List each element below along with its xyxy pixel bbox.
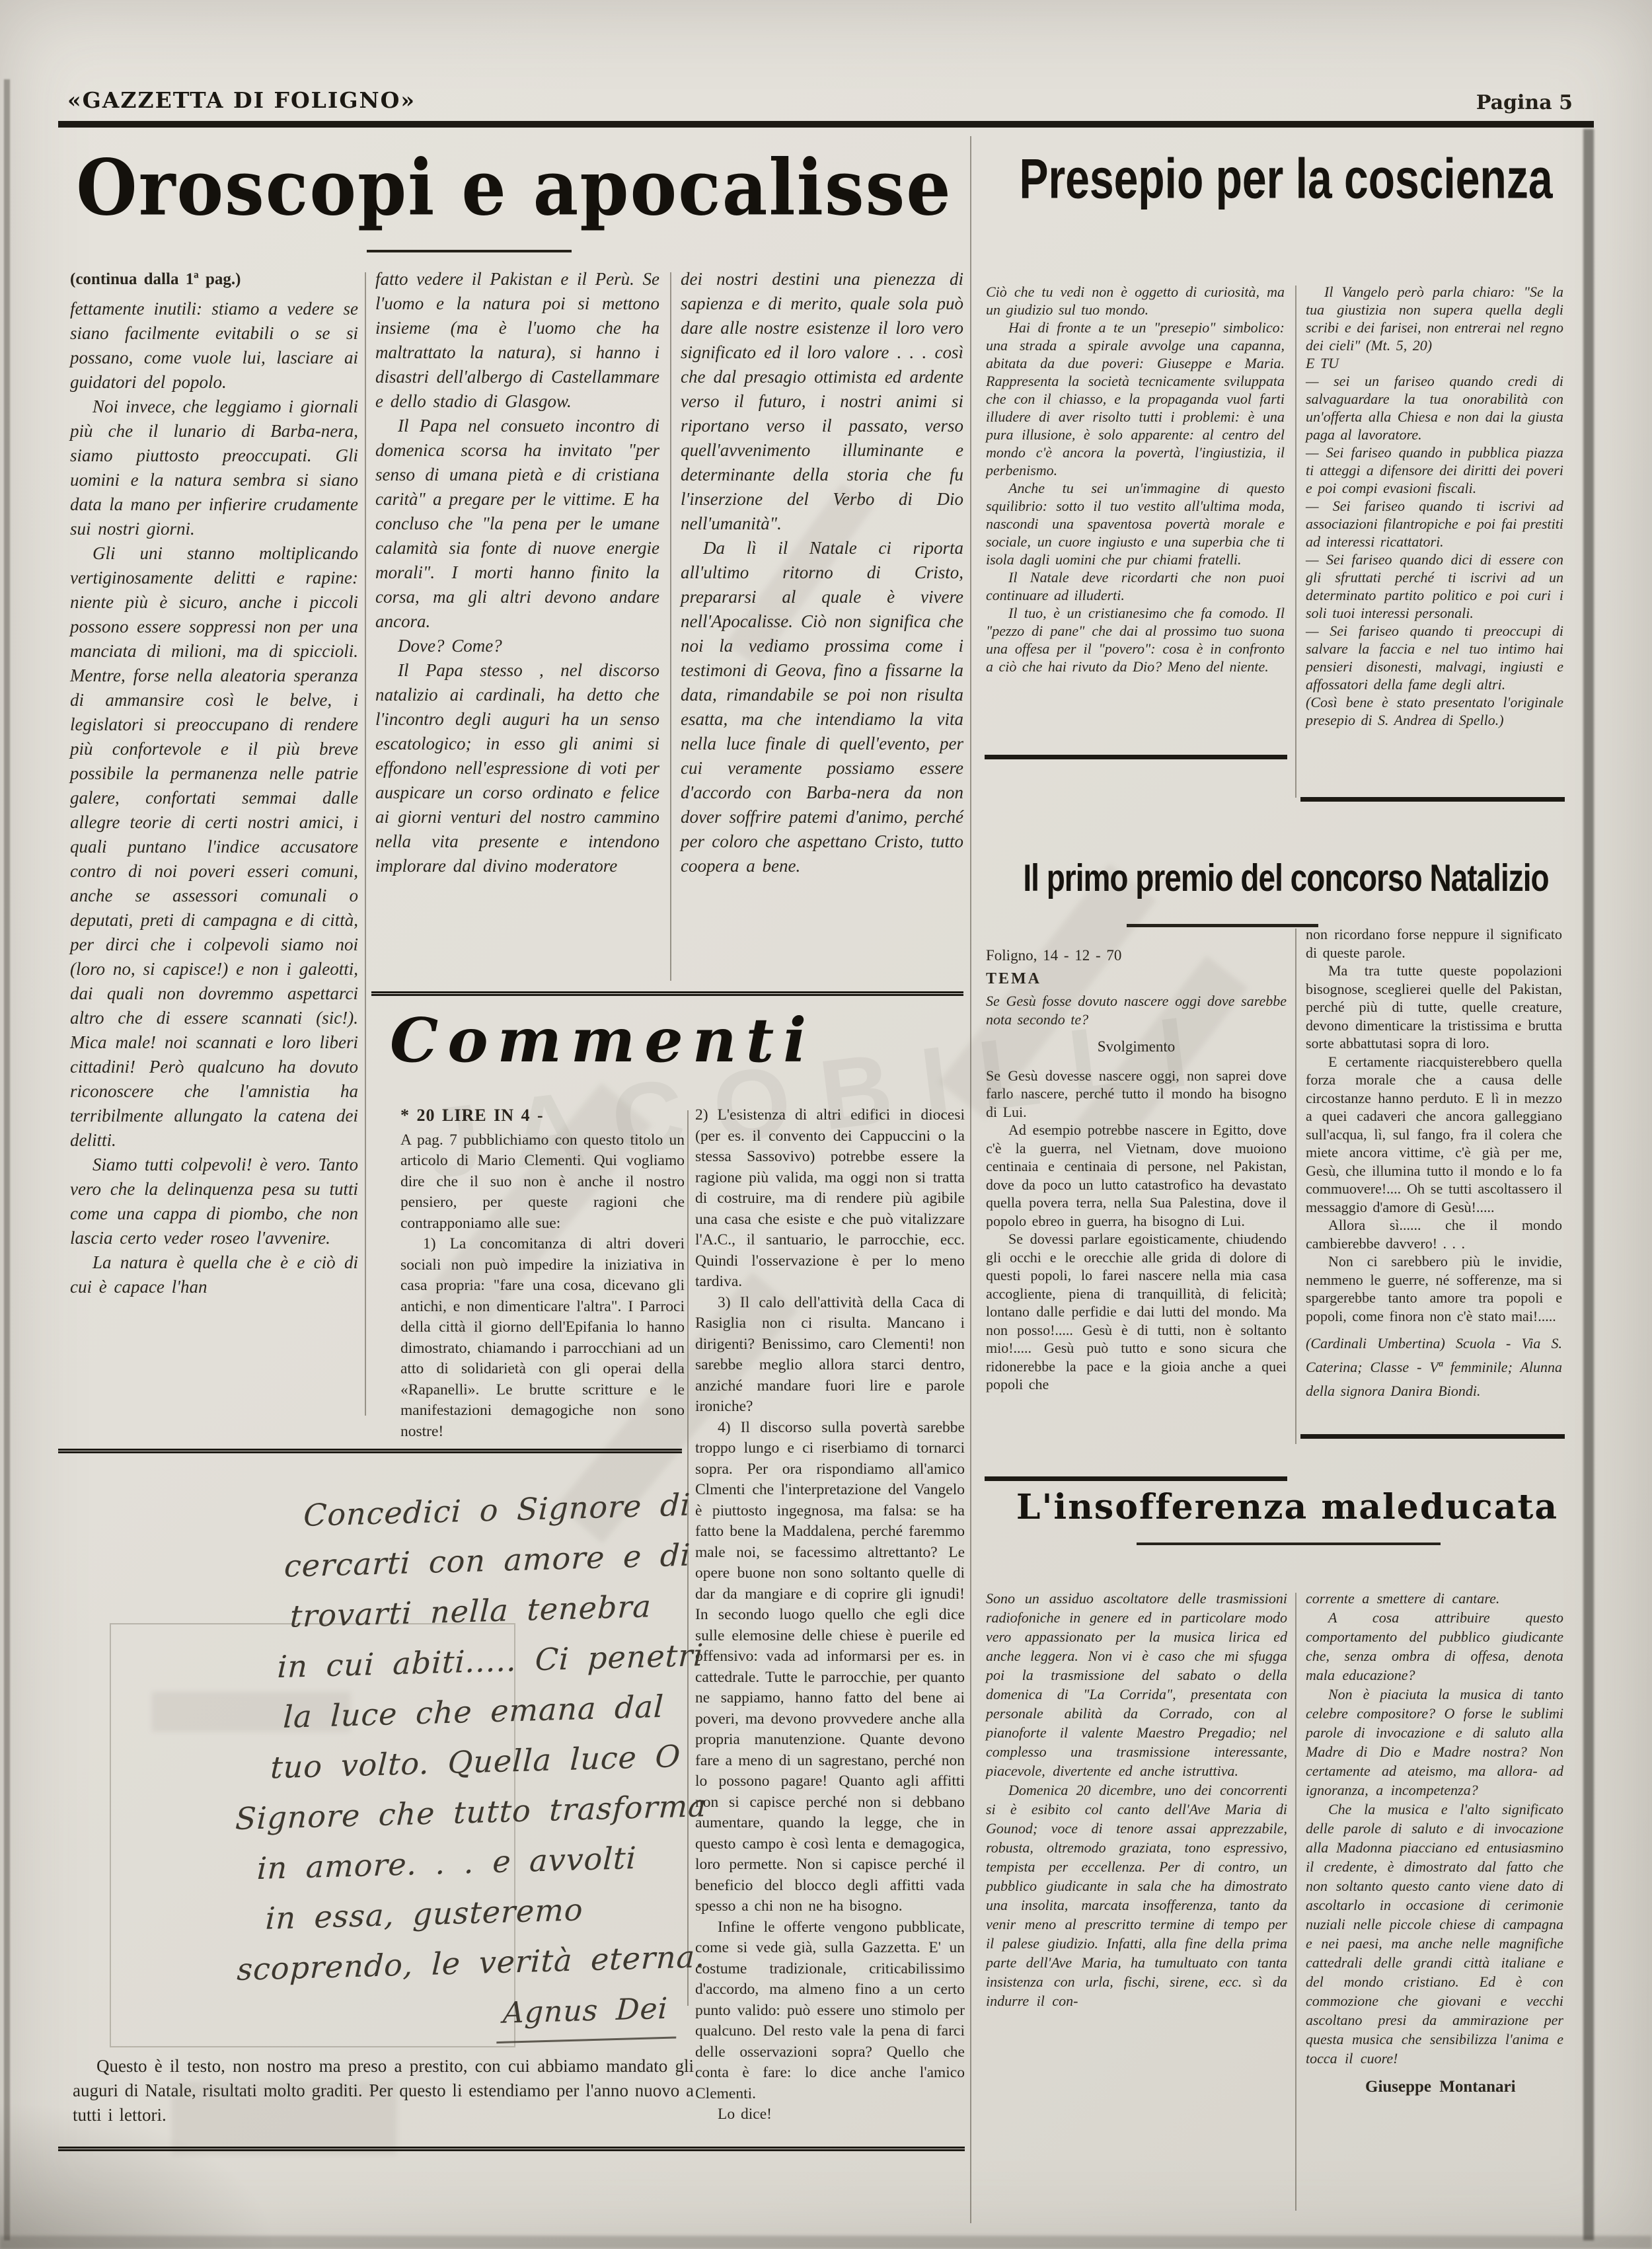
- commenti-paragraph: 1) La concomitanza di altri doveri socia…: [400, 1234, 685, 1442]
- commenti-paragraph: 2) L'esistenza di altri edifici in dioce…: [695, 1105, 965, 1293]
- presepio-paragraph: — Sei fariseo quando ti iscrivi ad assoc…: [1306, 497, 1563, 551]
- presepio-paragraph: — sei un fariseo quando credi di salvagu…: [1306, 372, 1563, 443]
- presepio-paragraph: — Sei fariseo quando in pubblica piazza …: [1306, 443, 1563, 497]
- insofferenza-paragraph: Che la musica e l'alto significato delle…: [1306, 1800, 1563, 2068]
- commenti-paragraph: 4) Il discorso sulla povertà sarebbe tro…: [695, 1418, 965, 1917]
- scan-right-edge: [1583, 129, 1594, 2240]
- newspaper-page: JACOBILLI «GAZZETTA DI FOLIGNO» Pagina 5…: [0, 0, 1652, 2249]
- presepio-paragraph: — Sei fariseo quando ti preoccupi di sal…: [1306, 622, 1563, 693]
- concorso-paragraph: Se dovessi parlare egoisticamente, chiud…: [986, 1230, 1287, 1394]
- oroscopi-paragraph: Dove? Come?: [375, 634, 659, 658]
- continuation-note: (continua dalla 1ª pag.): [70, 267, 358, 291]
- oroscopi-column-3: dei nostri destini una pienezza di sapie…: [681, 267, 963, 878]
- oroscopi-col3-text: dei nostri destini una pienezza di sapie…: [681, 267, 963, 878]
- handwritten-lines: Concedici o Signore dicercarti con amore…: [199, 1479, 704, 1996]
- concorso-headline-underline: [1127, 924, 1318, 927]
- presepio-col1-text: Ciò che tu vedi non è oggetto di curiosi…: [986, 283, 1285, 675]
- presepio-paragraph: Anche tu sei un'immagine di questo squil…: [986, 479, 1285, 568]
- presepio-paragraph: Ciò che tu vedi non è oggetto di curiosi…: [986, 283, 1285, 319]
- oroscopi-headline: Oroscopi e apocalisse: [63, 145, 965, 230]
- presepio-paragraph: — Sei fariseo quando dici di essere con …: [1306, 551, 1563, 622]
- commenti-column-2: 2) L'esistenza di altri edifici in dioce…: [695, 1105, 965, 2125]
- column-rule: [1295, 929, 1296, 1444]
- insofferenza-column-1: Sono un assiduo ascoltatore delle trasmi…: [986, 1589, 1287, 2010]
- insofferenza-paragraph: Non è piaciuta la musica di tanto celebr…: [1306, 1685, 1563, 1800]
- commenti-headline: Commenti: [390, 1005, 760, 1076]
- concorso-bottom-rule-right: [1300, 1434, 1565, 1439]
- insofferenza-paragraph: Sono un assiduo ascoltatore delle trasmi…: [986, 1589, 1287, 1780]
- concorso-col1-text: Se Gesù dovesse nascere oggi, non saprei…: [986, 1067, 1287, 1394]
- presepio-column-2: Il Vangelo però parla chiaro: "Se la tua…: [1306, 283, 1563, 729]
- section-divider-rule: [970, 136, 971, 2223]
- insofferenza-headline: L'insofferenza maleducata: [986, 1487, 1589, 1527]
- concorso-bottom-rule-left: [985, 1476, 1287, 1481]
- concorso-attribution: (Cardinali Umbertina) Scuola - Via S. Ca…: [1306, 1332, 1562, 1403]
- concorso-paragraph: Non ci sarebbero più le invidie, nemmeno…: [1306, 1252, 1562, 1325]
- concorso-paragraph: non ricordano forse neppure il significa…: [1306, 925, 1562, 962]
- masthead-rule: [58, 121, 1594, 128]
- oroscopi-paragraph: fettamente inutili: stiamo a vedere se s…: [70, 297, 358, 395]
- page-number: Pagina 5: [1408, 91, 1573, 114]
- masthead-title: «GAZZETTA DI FOLIGNO»: [67, 87, 416, 113]
- oroscopi-paragraph: Il Papa stesso , nel discorso natalizio …: [375, 658, 659, 878]
- concorso-column-2: non ricordano forse neppure il significa…: [1306, 925, 1562, 1403]
- column-rule: [670, 272, 671, 981]
- commenti-col1-text: A pag. 7 pubblichiamo con questo titolo …: [400, 1130, 685, 1443]
- commenti-paragraph: Infine le offerte vengono pubblicate, co…: [695, 1917, 965, 2105]
- concorso-dateline: Foligno, 14 - 12 - 70: [986, 946, 1287, 965]
- insofferenza-paragraph: A cosa attribuire questo comportamento d…: [1306, 1608, 1563, 1685]
- concorso-tema: Se Gesù fosse dovuto nascere oggi dove s…: [986, 992, 1287, 1028]
- commenti-paragraph: Lo dice!: [695, 2104, 965, 2125]
- oroscopi-col1-text: fettamente inutili: stiamo a vedere se s…: [70, 297, 358, 1299]
- presepio-paragraph: Il tuo, è un cristianesimo che fa comodo…: [986, 604, 1285, 675]
- oroscopi-column-2: fatto vedere il Pakistan e il Perù. Se l…: [375, 267, 659, 878]
- presepio-col2-text: Il Vangelo però parla chiaro: "Se la tua…: [1306, 283, 1563, 729]
- concorso-paragraph: E certamente riacquisterebbero quella fo…: [1306, 1053, 1562, 1217]
- oroscopi-paragraph: Siamo tutti colpevoli! è vero. Tanto ver…: [70, 1153, 358, 1250]
- concorso-paragraph: Se Gesù dovesse nascere oggi, non saprei…: [986, 1067, 1287, 1122]
- handwriting-top-rule: [58, 1449, 682, 1453]
- concorso-paragraph: Ma tra tutte queste popolazioni bisognos…: [1306, 962, 1562, 1053]
- presepio-bottom-rule-right: [1300, 797, 1565, 802]
- commenti-paragraph: 3) Il calo dell'attività della Caca di R…: [695, 1293, 965, 1418]
- insofferenza-headline-underline: [1137, 1543, 1441, 1545]
- bottom-left-rule: [58, 2147, 965, 2151]
- handwriting-caption: Questo è il testo, non nostro ma preso a…: [73, 2054, 694, 2127]
- insofferenza-paragraph: Domenica 20 dicembre, uno dei concorrent…: [986, 1780, 1287, 2010]
- commenti-top-rule: [371, 991, 963, 996]
- presepio-paragraph: Il Natale deve ricordarti che non puoi c…: [986, 568, 1285, 604]
- oroscopi-col2-text: fatto vedere il Pakistan e il Perù. Se l…: [375, 267, 659, 878]
- column-rule: [1295, 286, 1296, 798]
- handwritten-prayer: Concedici o Signore dicercarti con amore…: [112, 1479, 704, 2054]
- presepio-column-1: Ciò che tu vedi non è oggetto di curiosi…: [986, 283, 1285, 675]
- insofferenza-column-2: corrente a smettere di cantare.A cosa at…: [1306, 1589, 1563, 2096]
- insofferenza-signature: Giuseppe Montanari: [1306, 2077, 1563, 2096]
- insofferenza-col1-text: Sono un assiduo ascoltatore delle trasmi…: [986, 1589, 1287, 2010]
- presepio-bottom-rule-left: [985, 755, 1287, 759]
- presepio-paragraph: (Così bene è stato presentato l'original…: [1306, 693, 1563, 729]
- oroscopi-paragraph: fatto vedere il Pakistan e il Perù. Se l…: [375, 267, 659, 414]
- oroscopi-paragraph: dei nostri destini una pienezza di sapie…: [681, 267, 963, 536]
- insofferenza-col2-text: corrente a smettere di cantare.A cosa at…: [1306, 1589, 1563, 2068]
- presepio-paragraph: Il Vangelo però parla chiaro: "Se la tua…: [1306, 283, 1563, 354]
- commenti-col2-text: 2) L'esistenza di altri edifici in dioce…: [695, 1105, 965, 2125]
- column-rule: [1295, 1593, 1296, 2211]
- handwritten-signature: Agnus Dei: [496, 1983, 678, 2043]
- concorso-headline: Il primo premio del concorso Natalizio: [986, 855, 1586, 900]
- oroscopi-paragraph: Noi invece, che leggiamo i giornali più …: [70, 395, 358, 541]
- concorso-svolgimento-label: Svolgimento: [986, 1038, 1287, 1056]
- concorso-tema-label: TEMA: [986, 970, 1287, 989]
- commenti-lead: * 20 LIRE IN 4 -: [400, 1105, 685, 1126]
- scan-bottom-edge: [0, 2236, 1652, 2249]
- scan-left-edge: [4, 79, 10, 2240]
- column-rule: [365, 272, 366, 1416]
- concorso-col2-text: non ricordano forse neppure il significa…: [1306, 925, 1562, 1325]
- oroscopi-column-1: (continua dalla 1ª pag.) fettamente inut…: [70, 267, 358, 1299]
- oroscopi-paragraph: La natura è quella che è e ciò di cui è …: [70, 1250, 358, 1299]
- concorso-paragraph: Ad esempio potrebbe nascere in Egitto, d…: [986, 1121, 1287, 1230]
- oroscopi-paragraph: Gli uni stanno moltiplicando vertiginosa…: [70, 541, 358, 1153]
- concorso-paragraph: Allora sì...... che il mondo cambierebbe…: [1306, 1216, 1562, 1252]
- concorso-column-1: Foligno, 14 - 12 - 70 TEMA Se Gesù fosse…: [986, 946, 1287, 1394]
- oroscopi-paragraph: Il Papa nel consueto incontro di domenic…: [375, 414, 659, 634]
- presepio-headline: Presepio per la coscienza: [986, 145, 1586, 211]
- oroscopi-paragraph: Da lì il Natale ci riporta all'ultimo ri…: [681, 536, 963, 878]
- presepio-paragraph: E TU: [1306, 354, 1563, 372]
- presepio-paragraph: Hai di fronte a te un "presepio" simboli…: [986, 319, 1285, 479]
- insofferenza-paragraph: corrente a smettere di cantare.: [1306, 1589, 1563, 1608]
- commenti-column-1: * 20 LIRE IN 4 - A pag. 7 pubblichiamo c…: [400, 1105, 685, 1442]
- oroscopi-headline-underline: [367, 250, 572, 252]
- commenti-paragraph: A pag. 7 pubblichiamo con questo titolo …: [400, 1130, 685, 1235]
